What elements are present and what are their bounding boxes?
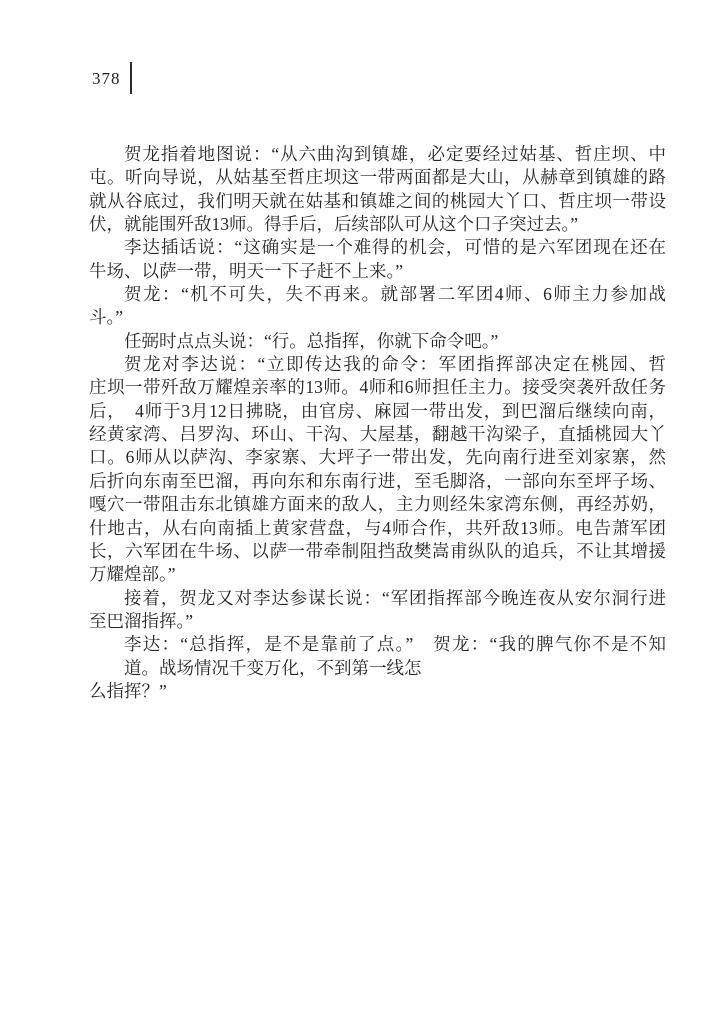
text-line: 经黄家湾、吕罗沟、环山、干沟、大屋基，翻越干沟梁子，直插桃园大丫 bbox=[89, 423, 666, 446]
text-line: 至巴溜指挥。” bbox=[89, 610, 666, 633]
text-line: 任弼时点点头说：“行。总指挥，你就下命令吧。” bbox=[89, 330, 666, 353]
page-number-divider bbox=[130, 62, 132, 94]
text-line: 李达：“总指挥，是不是靠前了点。” 贺龙：“我的脾气你不是不知 bbox=[89, 633, 666, 656]
page-header: 378 bbox=[92, 62, 132, 94]
text-line: 接着，贺龙又对李达参谋长说：“军团指挥部今晚连夜从安尔洞行进 bbox=[89, 587, 666, 610]
book-page: 378 贺龙指着地图说：“从六曲沟到镇雄，必定要经过姑基、哲庄坝、中屯。听向导说… bbox=[0, 0, 715, 1010]
text-line: 道。战场情况千变万化，不到第一线怎 bbox=[89, 657, 666, 680]
text-line: 伏，就能围歼敌13师。得手后，后续部队可从这个口子突过去。” bbox=[89, 213, 666, 236]
text-line: 万耀煌部。” bbox=[89, 563, 666, 586]
text-line: 什地古，从右向南插上黄家营盘，与4师合作，共歼敌13师。电告萧军团 bbox=[89, 517, 666, 540]
body-text: 贺龙指着地图说：“从六曲沟到镇雄，必定要经过姑基、哲庄坝、中屯。听向导说，从姑基… bbox=[89, 143, 666, 703]
text-line: 嘎穴一带阻击东北镇雄方面来的敌人，主力则经朱家湾东侧，再经苏奶， bbox=[89, 493, 666, 516]
text-line: 贺龙对李达说：“立即传达我的命令：军团指挥部决定在桃园、哲 bbox=[89, 353, 666, 376]
text-line: 屯。听向导说，从姑基至哲庄坝这一带两面都是大山，从赫章到镇雄的路 bbox=[89, 166, 666, 189]
text-line: 口。6师从以萨沟、李家寨、大坪子一带出发，先向南行进至刘家寨，然 bbox=[89, 446, 666, 469]
text-line: 贺龙指着地图说：“从六曲沟到镇雄，必定要经过姑基、哲庄坝、中 bbox=[89, 143, 666, 166]
page-number: 378 bbox=[92, 70, 121, 87]
text-line: 李达插话说：“这确实是一个难得的机会，可惜的是六军团现在还在 bbox=[89, 236, 666, 259]
text-line: 么指挥？” bbox=[89, 680, 666, 703]
text-line: 庄坝一带歼敌万耀煌亲率的13师。4师和6师担任主力。接受突袭歼敌任务 bbox=[89, 376, 666, 399]
text-line: 贺龙：“机不可失，失不再来。就部署二军团4师、6师主力参加战 bbox=[89, 283, 666, 306]
text-line: 长，六军团在牛场、以萨一带牵制阻挡敌樊嵩甫纵队的追兵，不让其增援 bbox=[89, 540, 666, 563]
text-line: 斗。” bbox=[89, 306, 666, 329]
text-line: 后折向东南至巴溜，再向东和东南行进，至毛脚洛，一部向东至坪子场、 bbox=[89, 470, 666, 493]
text-line: 牛场、以萨一带，明天一下子赶不上来。” bbox=[89, 260, 666, 283]
text-line: 就从谷底过，我们明天就在姑基和镇雄之间的桃园大丫口、哲庄坝一带设 bbox=[89, 190, 666, 213]
text-line: 后， 4师于3月12日拂晓，由官房、麻园一带出发，到巴溜后继续向南， bbox=[89, 400, 666, 423]
